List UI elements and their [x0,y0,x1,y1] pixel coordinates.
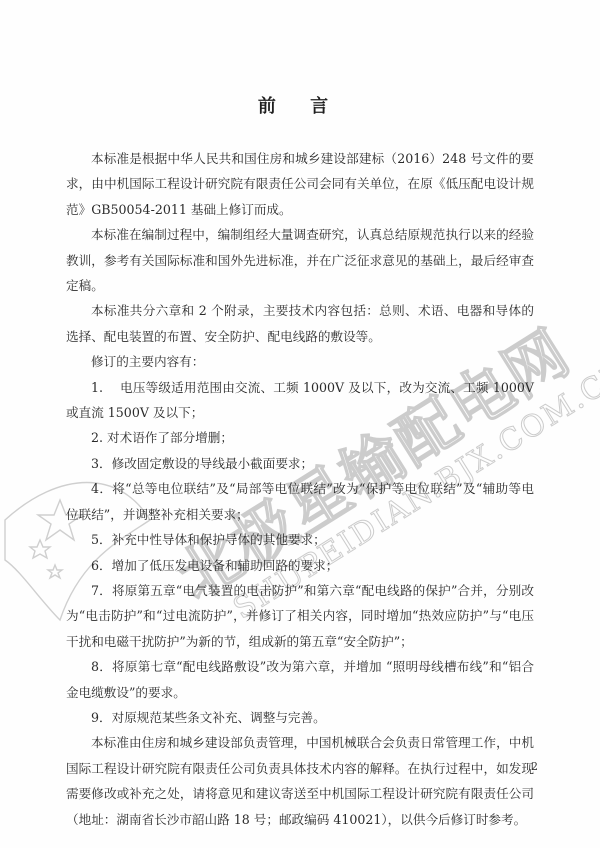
paragraph-intro: 本标准是根据中华人民共和国住房和城乡建设部建标（2016）248 号文件的要求，… [66,146,534,222]
revision-item-6: 6．增加了低压发电设备和辅助回路的要求； [66,553,534,578]
document-page: 北极星输配电网 SHUPEIDIAN.BJX.COM.CN 前 言 本标准是根据… [0,0,600,848]
paragraph-contents: 本标准共分六章和 2 个附录，主要技术内容包括：总则、术语、电器和导体的选择、配… [66,298,534,349]
paragraph-revision-heading: 修订的主要内容有： [66,349,534,374]
paragraph-management: 本标准由住房和城乡建设部负责管理，中国机械联合会负责日常管理工作，中机国际工程设… [66,730,534,832]
revision-item-7: 7．将原第五章“电气装置的电击防护”和第六章“配电线路的保护”合并，分别改为“电… [66,578,534,654]
page-number: 2 [531,760,538,773]
page-title: 前 言 [0,92,600,118]
revision-item-2: 2. 对术语作了部分增删； [66,425,534,450]
revision-item-8: 8．将原第七章“配电线路敷设”改为第六章，并增加 “照明母线槽布线”和“铝合金电… [66,654,534,705]
revision-item-4: 4．将“总等电位联结”及“局部等电位联结”改为“保护等电位联结”及“辅助等电位联… [66,476,534,527]
paragraph-compilation: 本标准在编制过程中，编制组经大量调查研究，认真总结原规范执行以来的经验教训，参考… [66,222,534,298]
revision-item-9: 9．对原规范某些条文补充、调整与完善。 [66,705,534,730]
revision-item-1: 1. 电压等级适用范围由交流、工频 1000V 及以下，改为交流、工频 1000… [66,375,534,426]
revision-item-3: 3．修改固定敷设的导线最小截面要求； [66,451,534,476]
document-body: 本标准是根据中华人民共和国住房和城乡建设部建标（2016）248 号文件的要求，… [66,146,534,832]
revision-item-5: 5．补充中性导体和保护导体的其他要求； [66,527,534,552]
